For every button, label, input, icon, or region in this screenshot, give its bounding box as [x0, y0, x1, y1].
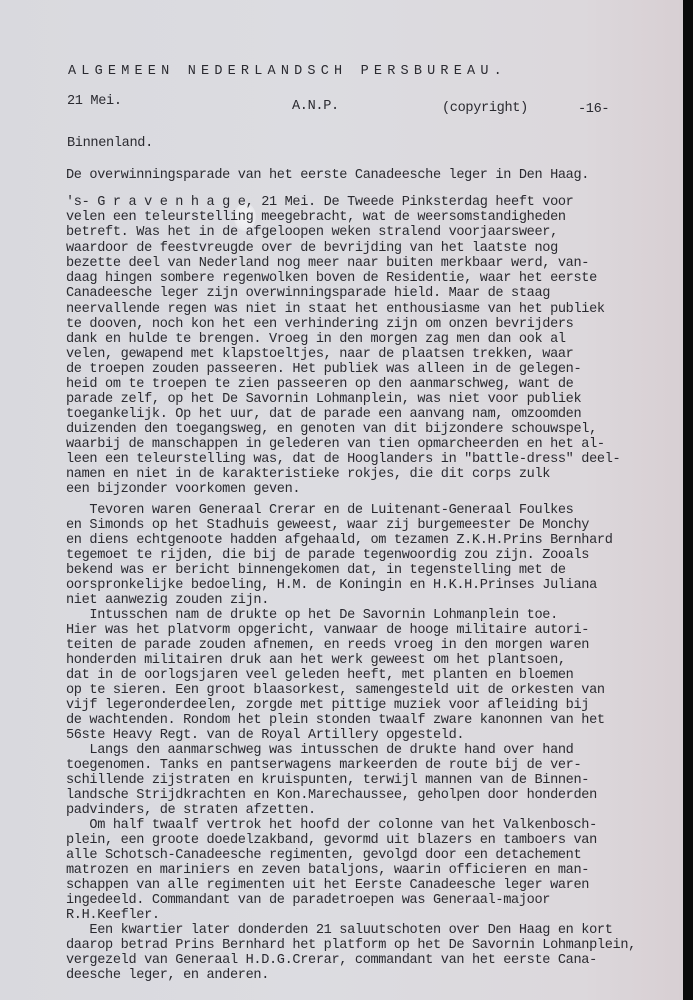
body-line: teiten de parade zouden afnemen, en reed… — [66, 638, 589, 653]
body-line: daag hingen sombere regenwolken boven de… — [66, 271, 597, 286]
section-label: Binnenland. — [67, 136, 153, 151]
body-line: plein, een groote doedelzakband, gevormd… — [66, 833, 597, 848]
body-line: schappen van alle regimenten uit het Eer… — [66, 878, 589, 893]
body-line: Hier was het platvorm opgericht, vanwaar… — [66, 623, 589, 638]
body-line: te dooven, noch kon het een verhindering… — [66, 317, 574, 332]
body-line: velen, gewapend met klapstoeltjes, naar … — [66, 347, 574, 362]
body-line: niet aanwezig zouden zijn. — [66, 593, 269, 608]
body-line: namen en niet in de karakteristieke rokj… — [66, 467, 550, 482]
body-line: 56ste Heavy Regt. van de Royal Artillery… — [66, 728, 464, 743]
body-line: deesche leger, en anderen. — [66, 968, 269, 983]
body-line: bekend was er bericht binnengekomen dat,… — [66, 563, 566, 578]
body-line: 's- G r a v e n h a g e, 21 Mei. De Twee… — [66, 195, 574, 210]
body-line: matrozen en mariniers en zeven bataljons… — [66, 863, 589, 878]
body-line: vergezeld van Generaal H.D.G.Crerar, com… — [66, 953, 597, 968]
body-line: Canadeesche leger zijn overwinningsparad… — [66, 286, 550, 301]
body-line: dat in de oorlogsjaren veel geleden heef… — [66, 668, 574, 683]
body-line: en Simonds op het Stadhuis geweest, waar… — [66, 518, 589, 533]
body-line: toegenomen. Tanks en pantserwagens marke… — [66, 758, 581, 773]
copyright-notice: (copyright) — [442, 101, 528, 116]
body-line: heid om te troepen te zien passeeren op … — [66, 377, 574, 392]
body-line: waarbij de manschappen in gelederen van … — [66, 437, 605, 452]
document-page: ALGEMEEN NEDERLANDSCH PERSBUREAU. 21 Mei… — [0, 0, 683, 1000]
body-line: schillende zijstraten en kruispunten, te… — [66, 773, 589, 788]
dispatch-date: 21 Mei. — [67, 94, 122, 109]
body-line: bezette deel van Nederland nog meer naar… — [66, 256, 589, 271]
scan-border — [683, 0, 693, 1000]
body-line: Langs den aanmarschweg was intusschen de… — [66, 743, 574, 758]
body-line: betreft. Was het in de afgeloopen weken … — [66, 225, 558, 240]
body-line: duizenden den toegangsweg, en genoten va… — [66, 422, 597, 437]
body-line: dank en hulde te brengen. Vroeg in den m… — [66, 332, 566, 347]
body-line: en diens echtgenoote hadden afgehaald, o… — [66, 533, 613, 548]
body-line: Tevoren waren Generaal Crerar en de Luit… — [66, 503, 574, 518]
body-line: de wachtenden. Rondom het plein stonden … — [66, 713, 605, 728]
page-number: -16- — [578, 102, 609, 117]
body-line: een bijzonder voorkomen geven. — [66, 482, 300, 497]
body-line: op te sieren. Een groot blaasorkest, sam… — [66, 683, 605, 698]
body-line: vijf legeronderdeelen, zorgde met pittig… — [66, 698, 589, 713]
body-line: leen een teleurstelling was, dat de Hoog… — [66, 452, 620, 467]
body-line: ingedeeld. Commandant van de paradetroep… — [66, 893, 550, 908]
agency-abbreviation: A.N.P. — [292, 99, 339, 114]
body-line: Om half twaalf vertrok het hoofd der col… — [66, 818, 597, 833]
body-line: neervallende regen was niet in staat het… — [66, 302, 605, 317]
body-line: oorspronkelijke bedoeling, H.M. de Konin… — [66, 578, 597, 593]
body-line: toegankelijk. Op het uur, dat de parade … — [66, 407, 581, 422]
body-line: daarop betrad Prins Bernhard het platfor… — [66, 938, 636, 953]
body-line: landsche Strijdkrachten en Kon.Marechaus… — [66, 788, 597, 803]
headline: De overwinningsparade van het eerste Can… — [66, 168, 589, 183]
body-line: parade zelf, op het De Savornin Lohmanpl… — [66, 392, 581, 407]
body-line: Intusschen nam de drukte op het De Savor… — [66, 608, 558, 623]
body-line: tegemoet te rijden, die bij de parade te… — [66, 548, 589, 563]
body-line: waardoor de feestvreugde over de bevrijd… — [66, 241, 558, 256]
body-line: de troepen zouden passeeren. Het publiek… — [66, 362, 581, 377]
body-line: alle Schotsch-Canadeesche regimenten, ge… — [66, 848, 581, 863]
body-line: Een kwartier later donderden 21 saluutsc… — [66, 923, 613, 938]
agency-header: ALGEMEEN NEDERLANDSCH PERSBUREAU. — [68, 64, 507, 79]
body-line: honderden militairen druk aan het werk g… — [66, 653, 566, 668]
body-line: padvinders, de straten afzetten. — [66, 803, 316, 818]
body-line: R.H.Keefler. — [66, 908, 160, 923]
body-line: velen een teleurstelling meegebracht, wa… — [66, 210, 566, 225]
